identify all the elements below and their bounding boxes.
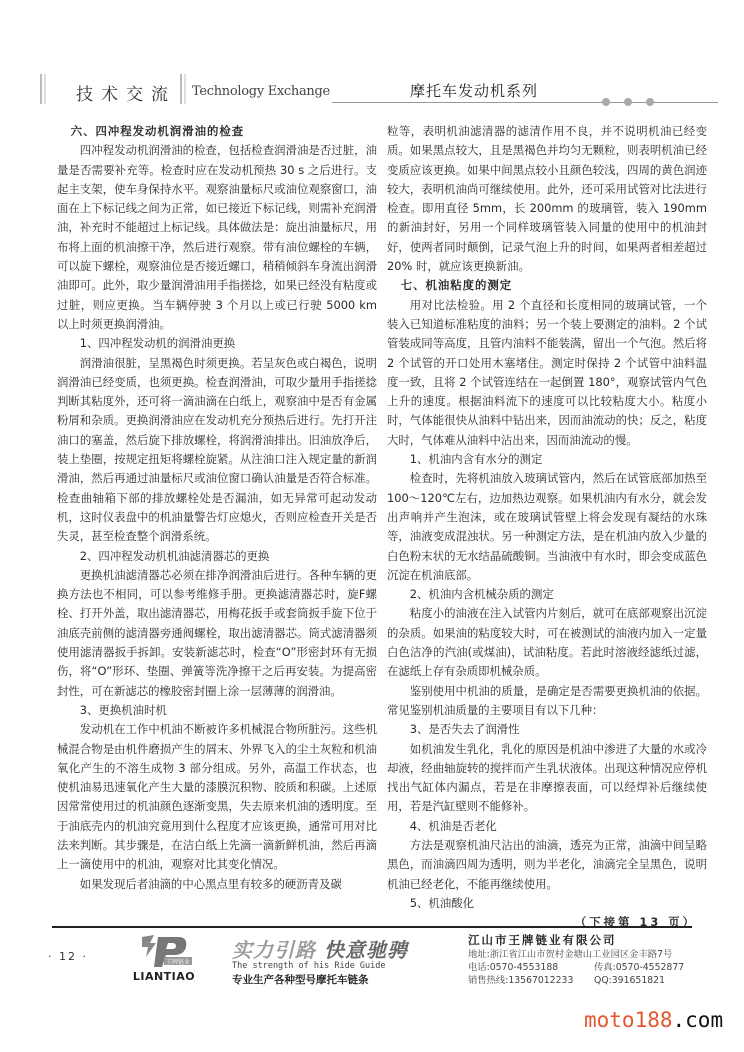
subsection-heading: 2、四冲程发动机机油滤清器芯的更换 [57, 547, 377, 566]
paragraph: 用对比法检验。用 2 个直径和长度相同的玻璃试管，一个装入已知道标准粘度的油料；… [387, 296, 707, 450]
subsection-heading: 2、机油内含机械杂质的测定 [387, 585, 707, 604]
subsection-heading: 1、机油内含有水分的测定 [387, 450, 707, 469]
header-bar-decoration [180, 74, 182, 104]
paragraph: 如果发现后者油滴的中心黑点里有较多的硬沥青及碳 [57, 875, 377, 894]
slogan-part-1: 实力引路 [232, 938, 316, 962]
dot-decoration [646, 98, 654, 106]
company-info: 江山市王牌链业有限公司 地址:浙江省江山市贺村金塘山工业园区金丰路7号 电话:0… [468, 934, 708, 987]
section-title-en: Technology Exchange [192, 84, 330, 99]
svg-text:王牌链业: 王牌链业 [166, 958, 190, 966]
subsection-heading: 3、更换机油时机 [57, 701, 377, 720]
paragraph: 四冲程发动机润滑油的检查，包括检查润滑油是否过脏，油量是否需要补充等。检查时应在… [57, 141, 377, 334]
subsection-heading: 3、是否失去了润滑性 [387, 720, 707, 739]
slogan-part-2: 快意驰骋 [324, 938, 408, 962]
watermark-part-2: .com [673, 1008, 724, 1032]
company-qq: QQ:391651821 [594, 974, 665, 987]
section-heading: 六、四冲程发动机润滑油的检查 [57, 122, 377, 141]
continued-note: （下接第 13 页） [387, 913, 707, 932]
paragraph: 鉴别使用中机油的质量，是确定是否需要更换机油的依据。常见鉴别机油质量的主要项目有… [387, 682, 707, 721]
paragraph: 粘度小的油液在注入试管内片刻后，就可在底部观察出沉淀的杂质。如果油的粘度较大时，… [387, 604, 707, 681]
slogan-cn: 实力引路 快意驰骋 [232, 934, 432, 963]
paragraph: 更换机油滤清器芯必须在排净润滑油后进行。各种车辆的更换方法也不相同，可以参考维修… [57, 566, 377, 701]
header-bar-decoration [44, 74, 46, 104]
series-title: 摩托车发动机系列 [410, 80, 538, 101]
company-fax: 传真:0570-4552877 [594, 961, 684, 974]
subsection-heading: 4、机油是否老化 [387, 817, 707, 836]
page-number: · 12 · [48, 950, 88, 963]
section-heading: 七、机油粘度的测定 [387, 276, 707, 295]
paragraph: 检查时，先将机油放入玻璃试管内，然后在试管底部加热至 100～120℃左右，边加… [387, 469, 707, 585]
company-phone: 电话:0570-4553188 [468, 961, 594, 974]
page-header: 技术交流 Technology Exchange 摩托车发动机系列 [40, 74, 720, 114]
dot-decoration [624, 98, 632, 106]
paragraph: 方法是观察机油尺沾出的油滴，透亮为正常，油滴中间呈略黑色，而油滴四周为透明，则为… [387, 836, 707, 894]
company-address: 地址:浙江省江山市贺村金塘山工业园区金丰路7号 [468, 948, 708, 961]
header-rule [332, 102, 718, 103]
section-title-cn: 技术交流 [76, 80, 176, 105]
company-hotline: 销售热线:13567012233 [468, 974, 594, 987]
paragraph: 如机油发生乳化，乳化的原因是机油中渗进了大量的水或冷却液，经曲轴旋转的搅拌而产生… [387, 740, 707, 817]
paragraph: 发动机在工作中机油不断被许多机械混合物所脏污。这些机械混合物是由机件磨损产生的屑… [57, 720, 377, 874]
footer-rule [52, 926, 692, 928]
slogan-block: 实力引路 快意驰骋 The strength of his Ride Guide… [232, 934, 432, 987]
dot-decoration [602, 98, 610, 106]
subsection-heading: 1、四冲程发动机的润滑油更换 [57, 334, 377, 353]
logo-text: LIANTIAO [128, 970, 200, 983]
slogan-sub: 专业生产各种型号摩托车链条 [232, 972, 432, 987]
paragraph: 润滑油很脏，呈黑褐色时须更换。若呈灰色或白褐色，说明润滑油已经变质，也须更换。检… [57, 354, 377, 547]
paragraph-continued: 粒等，表明机油滤清器的滤清作用不良，并不说明机油已经变质。如果黑点较大，且是黑褐… [387, 122, 707, 276]
header-bar-decoration [40, 74, 42, 104]
subsection-heading: 5、机油酸化 [387, 894, 707, 913]
right-column: 粒等，表明机油滤清器的滤清作用不良，并不说明机油已经变质。如果黑点较大，且是黑褐… [387, 122, 707, 932]
liantiao-logo-icon: 王牌链业 [134, 933, 194, 969]
company-name: 江山市王牌链业有限公司 [468, 934, 708, 947]
watermark-part-1: moto188 [584, 1008, 673, 1032]
header-bar-decoration [184, 74, 186, 104]
company-logo: 王牌链业 LIANTIAO [128, 933, 200, 985]
site-watermark: moto188.com [584, 1008, 723, 1032]
left-column: 六、四冲程发动机润滑油的检查 四冲程发动机润滑油的检查，包括检查润滑油是否过脏，… [57, 122, 377, 894]
